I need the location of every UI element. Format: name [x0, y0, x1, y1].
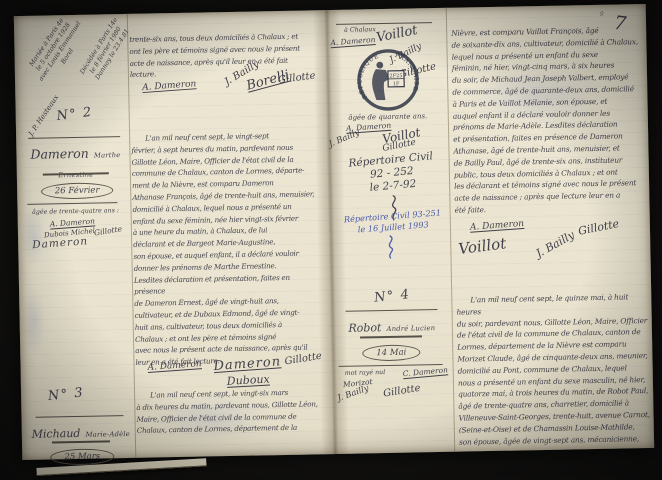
- act4-text: L'an mil neuf cent sept, le quinze mai, …: [456, 291, 651, 448]
- entry2-age-note: âgée de trente-quatre ans :: [24, 207, 128, 216]
- margin-rule: [336, 22, 432, 25]
- entry4-firstnames: André Lucien: [386, 324, 435, 333]
- act-number-4: N° 4: [357, 285, 428, 307]
- entry3-name-heading: Michaud Marie-Adèle: [24, 421, 138, 442]
- blue-paraph-icon: [382, 234, 398, 260]
- margin-rule: [360, 335, 422, 338]
- entry3-surname: Michaud: [32, 427, 81, 441]
- entry2-date-wrap: 26 Février: [27, 177, 127, 200]
- entry4-signature: C. Dameron: [402, 365, 448, 378]
- entry4-signature: Gillotte: [382, 383, 421, 400]
- act-number-3: N° 3: [30, 383, 101, 405]
- register-photo: { "page_number": "7", "page_annotation":…: [0, 0, 662, 480]
- entry4-note: mot rayé nul: [345, 369, 386, 377]
- act2-signature: Duboux: [227, 373, 270, 388]
- entry4-surname: Robot: [348, 321, 381, 335]
- entry4-date-wrap: 14 Mai: [338, 339, 444, 362]
- margin-rule: [35, 415, 123, 418]
- entry2-date: 26 Février: [41, 182, 114, 199]
- stamp-value-top: 2F25: [389, 73, 402, 79]
- entry4-date: 14 Mai: [362, 344, 420, 361]
- margin-rule: [346, 309, 438, 312]
- entry2-signature: Gillotte: [93, 224, 122, 237]
- stamp-value-bottom: 1F: [393, 81, 400, 87]
- entry4-name-heading: Robot André Lucien: [334, 315, 450, 336]
- entry3-date: 25 Mars: [50, 448, 114, 465]
- top-note-signature: A. Dameron: [330, 35, 376, 47]
- repertoire-civil-blue-note: Répertoire Civil 93-251 le 16 Juillet 19…: [329, 206, 456, 236]
- margin-rule: [27, 202, 117, 205]
- entry2-signature: Dameron: [32, 235, 89, 251]
- republique-francaise-stamp-icon: RÉPUBLIQUE FRANÇAISE 2F25 1F: [354, 46, 421, 113]
- act3-opening-text: L'an mil neuf cent sept, le vingt-six ma…: [136, 386, 323, 437]
- photo-background: Mariée à Paris 4e le 5 octobre 1928 avec…: [0, 0, 662, 480]
- entry3-firstnames: Marie-Adèle: [85, 430, 130, 439]
- act3-closing-text: Nièvre, est comparu Vaillot François, âg…: [451, 24, 645, 216]
- top-note-place: à Chalaux: [344, 26, 376, 34]
- repertoire-civil-note: Répertoire Civil 92 - 252 le 2-7-92: [335, 149, 448, 198]
- ink-bleed: [21, 286, 46, 356]
- act3-signature: Voillot: [457, 234, 507, 258]
- register-book-spread: Mariée à Paris 4e le 5 octobre 1928 avec…: [14, 4, 654, 460]
- act3-signature: J. Bailly: [534, 228, 577, 260]
- margin-rule: [28, 136, 120, 139]
- act3-signature: A. Dameron: [470, 219, 525, 233]
- act3-signature: Gillotte: [577, 217, 620, 238]
- act2-text: L'an mil neuf cent sept, le vingt-sept f…: [131, 129, 319, 368]
- top-note-signature: Voillot: [375, 23, 419, 46]
- act1-signature: A. Dameron: [142, 79, 197, 93]
- entry2-surname: Dameron: [30, 146, 89, 162]
- entry2-name-heading: Dameron Marthe Ernestine: [20, 142, 131, 182]
- archival-mark: 9: [600, 11, 604, 18]
